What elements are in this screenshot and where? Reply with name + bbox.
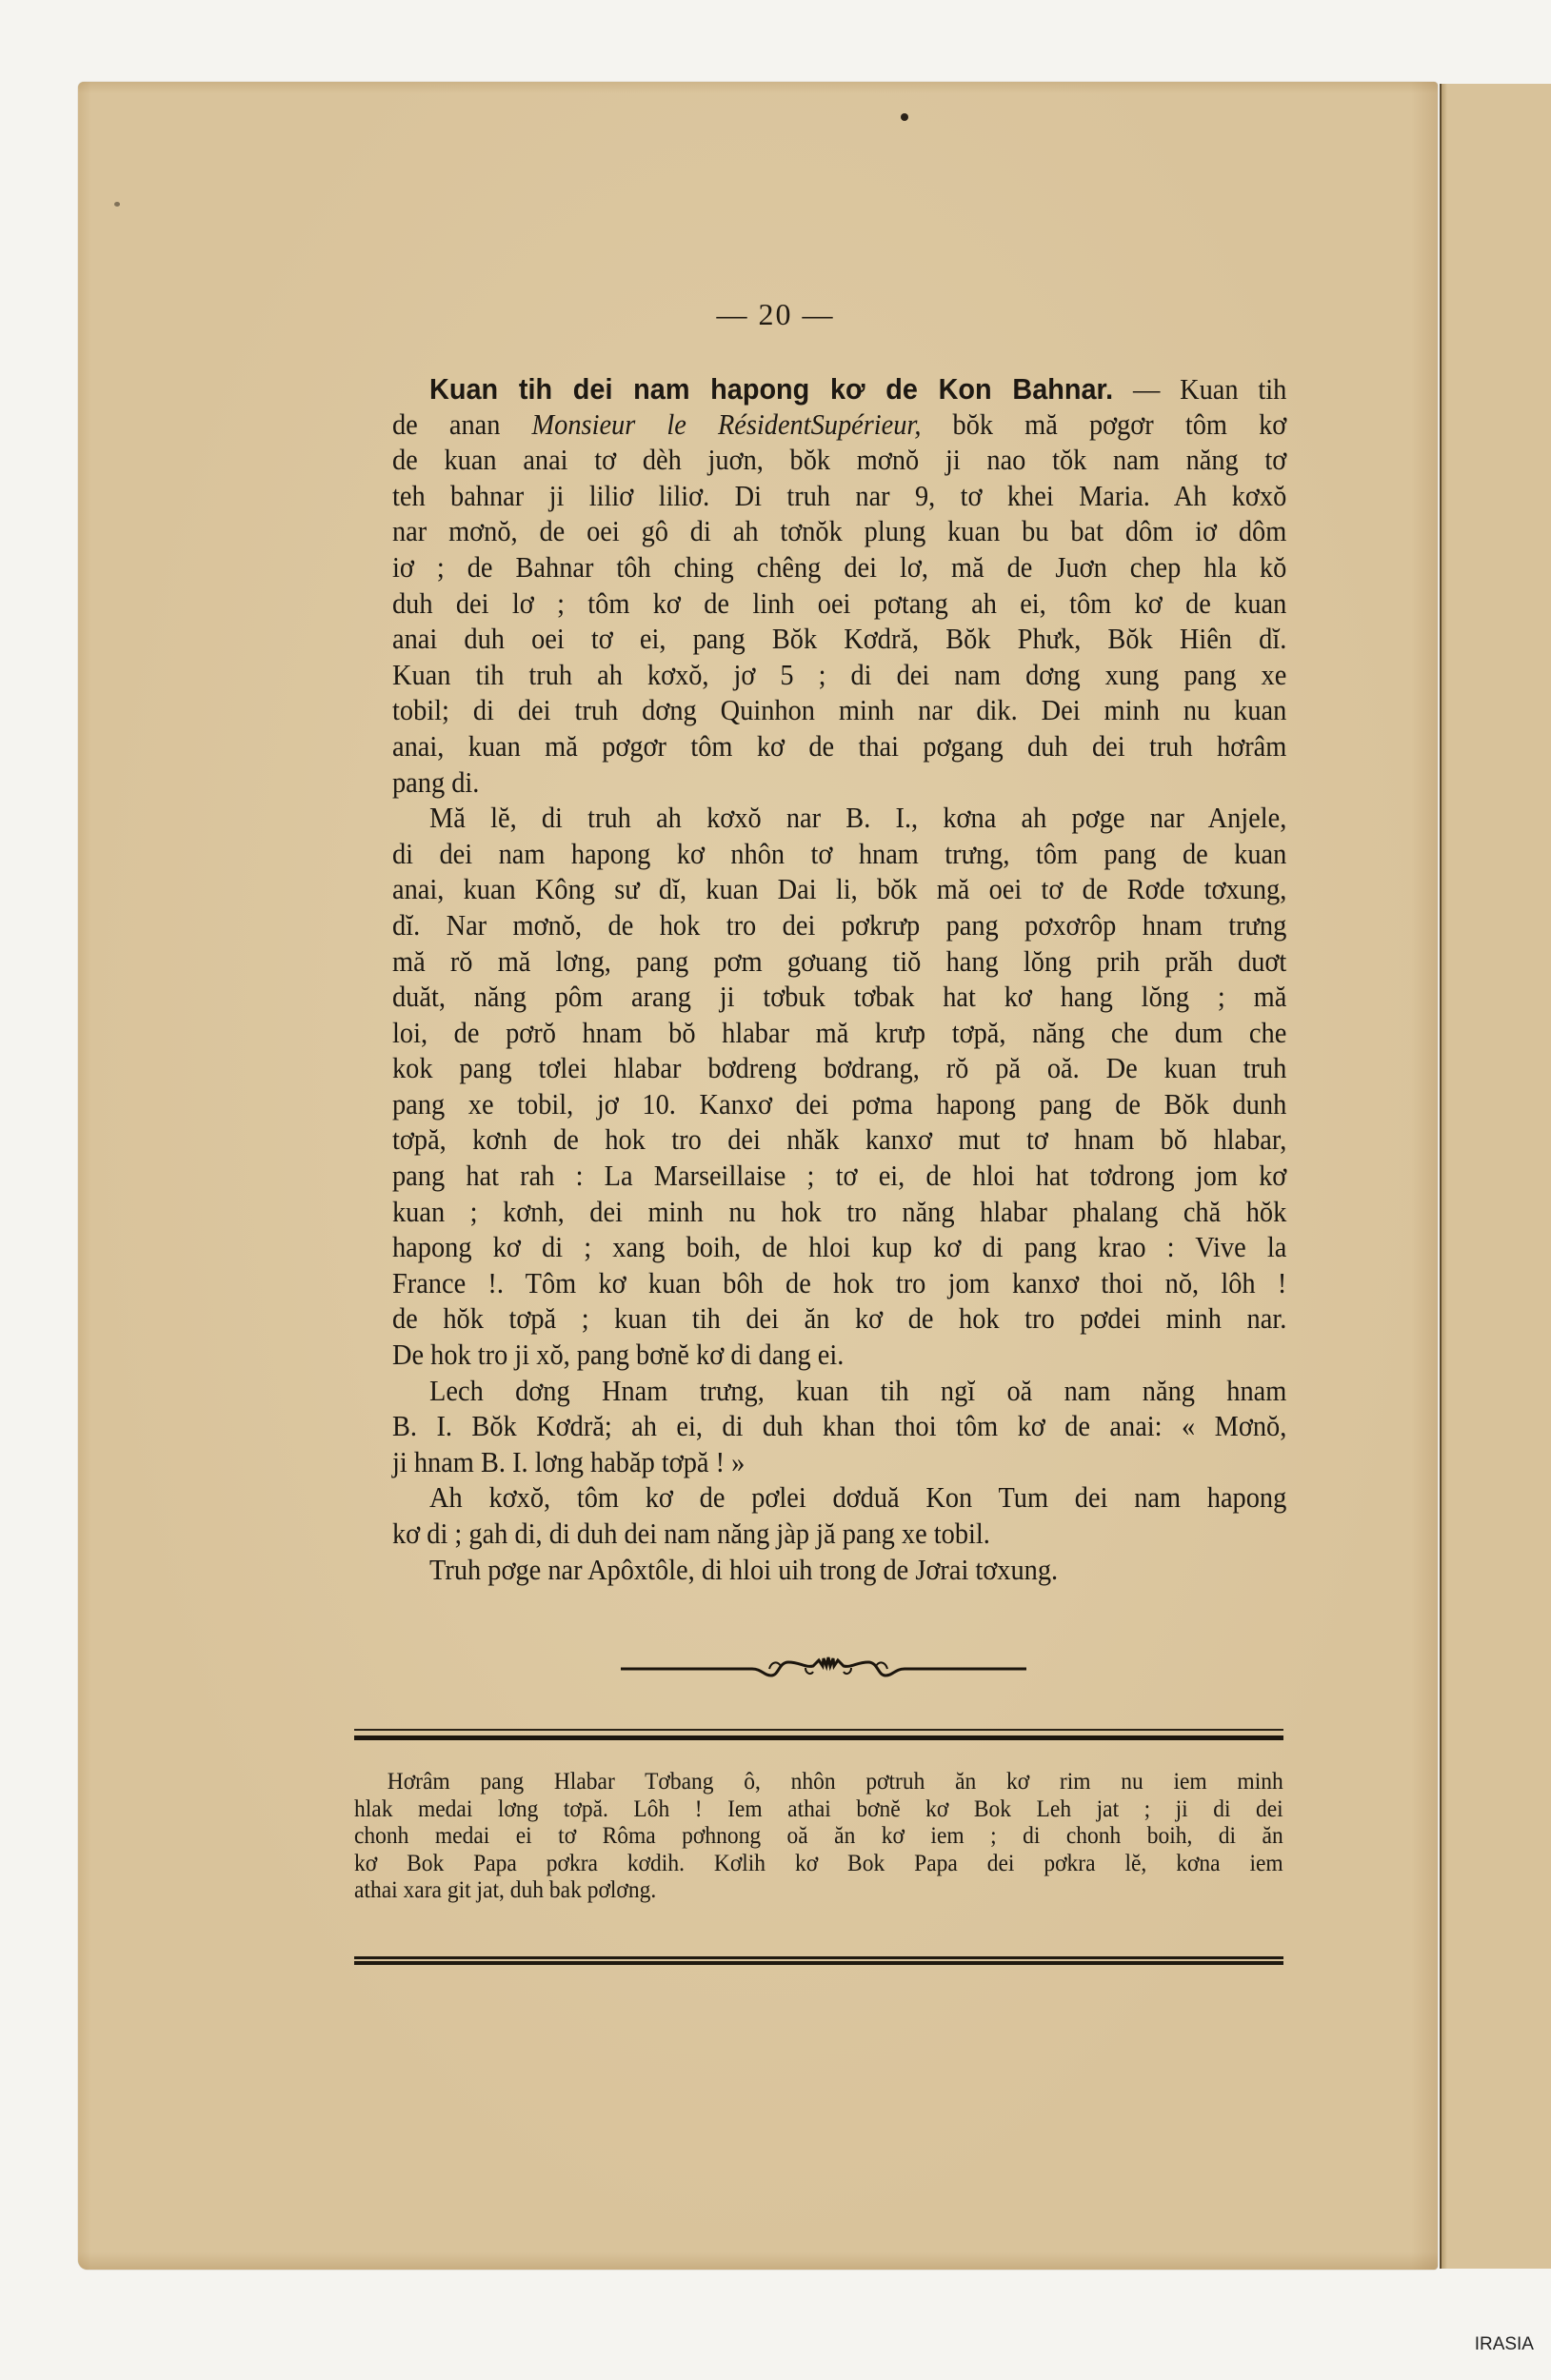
text-line: Mă lĕ, di truh ah kơxŏ nar B. I., kơna a… [392, 801, 1286, 837]
text-line: anai, kuan mă pơgơr tôm kơ de thai pơgan… [392, 729, 1286, 765]
text-line: anai, kuan Kông sư dĭ, kuan Dai li, bŏk … [392, 872, 1286, 908]
text-run: teh bahnar ji liliơ liliơ. Di truh nar 9… [392, 480, 1286, 512]
text-run: duăt, năng pôm arang ji tơbuk tơbak hat … [392, 981, 1286, 1013]
text-run: Kuan tih truh ah kơxŏ, jơ 5 ; di dei nam… [392, 659, 1286, 691]
text-run: nar mơnŏ, de oei gô di ah tơnŏk plung ku… [392, 515, 1286, 547]
text-line: iơ ; de Bahnar tôh ching chêng dei lơ, m… [392, 550, 1286, 586]
text-run: de anan [392, 408, 532, 441]
text-line: nar mơnŏ, de oei gô di ah tơnŏk plung ku… [392, 514, 1286, 550]
text-run: — Kuan tih [1113, 373, 1286, 406]
text-run: anai, kuan Kông sư dĭ, kuan Dai li, bŏk … [392, 873, 1286, 905]
rule-thin-line [354, 1729, 1283, 1731]
text-line: teh bahnar ji liliơ liliơ. Di truh nar 9… [392, 479, 1286, 515]
text-run: Ah kơxŏ, tôm kơ de pơlei dơduă Kon Tum d… [429, 1481, 1286, 1514]
rule-line [354, 1956, 1283, 1959]
text-run: anai duh oei tơ ei, pang Bŏk Kơdră, Bŏk … [392, 623, 1286, 655]
text-line: dĭ. Nar mơnŏ, de hok tro dei pơkrưp pang… [392, 908, 1286, 944]
footnote-line: kơ Bok Papa pơkra kơdih. Kơlih kơ Bok Pa… [354, 1851, 1283, 1878]
text-line: France !. Tôm kơ kuan bôh de hok tro jom… [392, 1266, 1286, 1302]
text-line: pang di. [392, 765, 1286, 802]
text-line: mă rŏ mă lơng, pang pơm gơuang tiŏ hang … [392, 944, 1286, 981]
text-run: pang hat rah : La Marseillaise ; tơ ei, … [392, 1160, 1286, 1192]
text-line: kơ di ; gah di, di duh dei nam năng jàp … [392, 1517, 1286, 1553]
text-run: France !. Tôm kơ kuan bôh de hok tro jom… [392, 1267, 1286, 1299]
text-line: tơpă, kơnh de hok tro dei nhăk kanxơ mut… [392, 1122, 1286, 1159]
text-line: anai duh oei tơ ei, pang Bŏk Kơdră, Bŏk … [392, 622, 1286, 658]
footnote-line: athai xara git jat, duh bak pơlơng. [354, 1877, 1283, 1905]
body-text: Kuan tih dei nam hapong kơ de Kon Bahnar… [392, 371, 1223, 1588]
bottom-double-rule [354, 1956, 1283, 1966]
footnote: Hơrâm pang Hlabar Tơbang ô, nhôn pơtruh … [354, 1769, 1227, 1905]
text-line: Lech dơng Hnam trưng, kuan tih ngĭ oă na… [392, 1374, 1286, 1410]
text-run: de hŏk tơpă ; kuan tih dei ăn kơ de hok … [392, 1302, 1286, 1335]
text-run: pang xe tobil, jơ 10. Kanxơ dei pơma hap… [392, 1088, 1286, 1121]
text-run: pang di. [392, 766, 479, 799]
text-line: De hok tro ji xŏ, pang bơnĕ kơ di dang e… [392, 1338, 1286, 1374]
text-line: kok pang tơlei hlabar bơdreng bơdrang, r… [392, 1051, 1286, 1087]
text-run: duh dei lơ ; tôm kơ de linh oei pơtang a… [392, 587, 1286, 620]
rule-thick-line [354, 1735, 1283, 1740]
text-line: pang xe tobil, jơ 10. Kanxơ dei pơma hap… [392, 1087, 1286, 1123]
text-run: Lech dơng Hnam trưng, kuan tih ngĭ oă na… [429, 1375, 1286, 1407]
text-run: dĭ. Nar mơnŏ, de hok tro dei pơkrưp pang… [392, 909, 1286, 942]
text-line: pang hat rah : La Marseillaise ; tơ ei, … [392, 1159, 1286, 1195]
text-line: di dei nam hapong kơ nhôn tơ hnam trưng,… [392, 837, 1286, 873]
text-run: B. I. Bŏk Kơdră; ah ei, di duh khan thoi… [392, 1410, 1286, 1442]
text-run: loi, de pơrŏ hnam bŏ hlabar mă krưp tơpă… [392, 1017, 1286, 1049]
double-rule-divider [354, 1729, 1283, 1742]
footnote-line: hlak medai lơng tơpă. Lôh ! Iem athai bơ… [354, 1796, 1283, 1824]
text-run: anai, kuan mă pơgơr tôm kơ de thai pơgan… [392, 730, 1286, 763]
text-line: duh dei lơ ; tôm kơ de linh oei pơtang a… [392, 586, 1286, 623]
adjacent-page-edge [1440, 84, 1551, 2269]
watermark-label: IRASIA [1475, 2334, 1534, 2355]
text-line: hapong kơ di ; xang boih, de hloi kup kơ… [392, 1230, 1286, 1266]
text-run: kok pang tơlei hlabar bơdreng bơdrang, r… [392, 1052, 1286, 1084]
text-line: tobil; di dei truh dơng Quinhon minh nar… [392, 693, 1286, 729]
page-number: — 20 — [0, 297, 1551, 332]
text-line: Kuan tih truh ah kơxŏ, jơ 5 ; di dei nam… [392, 658, 1286, 694]
text-run: hapong kơ di ; xang boih, de hloi kup kơ… [392, 1231, 1286, 1263]
text-run: ji hnam B. I. lơng habăp tơpă ! » [392, 1446, 745, 1478]
text-line: kuan ; kơnh, dei minh nu hok tro năng hl… [392, 1195, 1286, 1231]
text-line: de hŏk tơpă ; kuan tih dei ăn kơ de hok … [392, 1301, 1286, 1338]
footnote-line: chonh medai ei tơ Rôma pơhnong oă ăn kơ … [354, 1823, 1283, 1851]
text-run: kơ di ; gah di, di duh dei nam năng jàp … [392, 1517, 990, 1550]
text-line: B. I. Bŏk Kơdră; ah ei, di duh khan thoi… [392, 1409, 1286, 1445]
section-heading: Kuan tih dei nam hapong kơ de Kon Bahnar… [429, 372, 1113, 406]
rule-line [354, 1961, 1283, 1965]
text-line: de anan Monsieur le RésidentSupérieur, b… [392, 407, 1286, 444]
text-run: di dei nam hapong kơ nhôn tơ hnam trưng,… [392, 838, 1286, 870]
text-line: Kuan tih dei nam hapong kơ de Kon Bahnar… [392, 371, 1286, 407]
text-run: de kuan anai tơ dèh juơn, bŏk mơnŏ ji na… [392, 444, 1286, 476]
text-run: De hok tro ji xŏ, pang bơnĕ kơ di dang e… [392, 1339, 844, 1371]
text-run: mă rŏ mă lơng, pang pơm gơuang tiŏ hang … [392, 945, 1286, 978]
text-line: loi, de pơrŏ hnam bŏ hlabar mă krưp tơpă… [392, 1016, 1286, 1052]
text-line: duăt, năng pôm arang ji tơbuk tơbak hat … [392, 980, 1286, 1016]
footnote-line: Hơrâm pang Hlabar Tơbang ô, nhôn pơtruh … [354, 1769, 1283, 1796]
text-line: de kuan anai tơ dèh juơn, bŏk mơnŏ ji na… [392, 443, 1286, 479]
text-line: Truh pơge nar Apôxtôle, di hloi uih tron… [392, 1553, 1286, 1589]
text-line: Ah kơxŏ, tôm kơ de pơlei dơduă Kon Tum d… [392, 1480, 1286, 1517]
ink-speck [901, 113, 908, 121]
text-run: iơ ; de Bahnar tôh ching chêng dei lơ, m… [392, 551, 1286, 584]
italic-title-run: Monsieur le RésidentSupérieur, [532, 408, 922, 441]
text-run: Mă lĕ, di truh ah kơxŏ nar B. I., kơna a… [429, 802, 1286, 834]
ink-speck [114, 202, 120, 207]
text-line: ji hnam B. I. lơng habăp tơpă ! » [392, 1445, 1286, 1481]
text-run: Truh pơge nar Apôxtôle, di hloi uih tron… [429, 1554, 1058, 1586]
text-run: kuan ; kơnh, dei minh nu hok tro năng hl… [392, 1196, 1286, 1228]
text-run: tobil; di dei truh dơng Quinhon minh nar… [392, 694, 1286, 726]
fleuron-divider-icon [619, 1655, 1028, 1681]
text-run: tơpă, kơnh de hok tro dei nhăk kanxơ mut… [392, 1123, 1286, 1156]
text-run: bŏk mă pơgơr tôm kơ [921, 408, 1286, 441]
